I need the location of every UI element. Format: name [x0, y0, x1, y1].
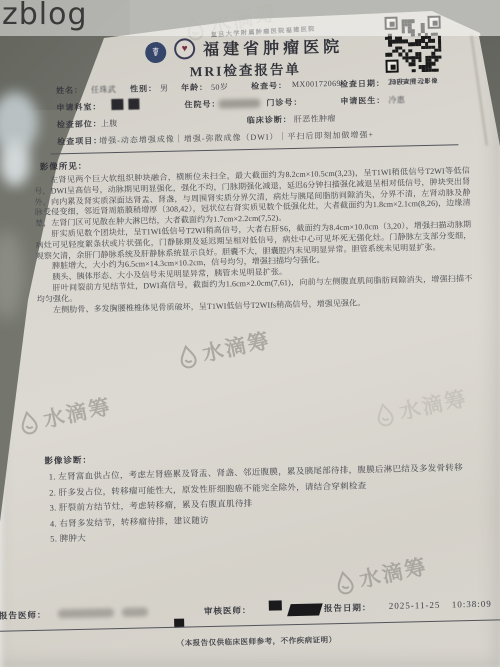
request-doctor: 冷惠	[388, 94, 405, 105]
report-date: 2025-11-25	[389, 600, 441, 611]
findings-paragraph: 左肾见两个巨大软组织肿块融合，横断位未扫全，最大截面约为8.2cm×10.5cm…	[34, 166, 471, 230]
gender-label: 性别：	[130, 83, 157, 95]
exam-no-label: 检查号：	[251, 80, 287, 92]
photographed-mri-report: ☤ ♥ 复旦大学附属肿瘤医院福建医院 福建省肿瘤医院 MRI检查报告单 扫码查看…	[0, 0, 500, 667]
exam-part-label: 检查部位：	[57, 118, 102, 130]
hospital-name: 福建省肿瘤医院	[203, 34, 344, 60]
exam-part: 上腹	[101, 118, 118, 129]
exam-items-label: 检查项目：	[57, 135, 102, 147]
age-label: 年龄：	[181, 82, 208, 94]
request-doctor-label: 申请医生：	[340, 95, 385, 107]
patient-age: 50岁	[211, 81, 228, 92]
disclaimer-note: （本报告仅供临床医师参考，不作疾病证明）	[122, 633, 392, 650]
redacted-dept-block	[128, 98, 139, 109]
redacted-review-doctor	[269, 600, 282, 610]
redacted-inpatient-no	[218, 99, 260, 109]
site-watermark: zblog	[2, 0, 88, 32]
water-drop-icon	[174, 342, 202, 370]
clinical-diagnosis-label: 临床诊断：	[247, 114, 292, 126]
qr-finder-icon	[385, 60, 398, 73]
clinical-diagnosis: 肝恶性肿瘤	[294, 113, 336, 125]
exam-date-label: 检查日期：	[340, 78, 385, 90]
report-doctor-label: 报告医师：	[0, 609, 47, 622]
patient-gender: 男	[160, 83, 169, 94]
water-drop-icon	[371, 400, 399, 428]
name-label: 姓名：	[56, 85, 83, 97]
patient-name: 任珠武	[91, 84, 116, 96]
exam-items: 增强-动态增强成像｜增强-弥散成像（DWI）｜平扫后即刻加做增强+	[99, 129, 374, 146]
request-dept-label: 申请科室：	[56, 101, 101, 113]
hospital-seal-icon: ☤	[145, 42, 166, 63]
water-drop-icon	[331, 568, 359, 596]
water-drop-icon	[15, 408, 43, 436]
footer-divider	[0, 618, 500, 632]
exam-date: 2025-11-24	[388, 77, 429, 87]
report-time: 10:38:09	[452, 599, 492, 610]
findings-section: 影像所见： 左肾见两个巨大软组织肿块融合，横断位未扫全，最大截面约为8.2cm×…	[34, 151, 473, 316]
review-doctor-label: 审核医师：	[204, 604, 252, 617]
redacted-review-doctor	[287, 603, 323, 616]
redacted-report-doctor	[122, 607, 148, 617]
exam-no: MX00172069	[292, 79, 341, 89]
report-title: MRI检查报告单	[189, 58, 301, 81]
report-date-label: 报告日期：	[324, 601, 372, 614]
inpatient-no-label: 住院号：	[184, 99, 220, 111]
redacted-dept-block	[111, 99, 123, 110]
diagnosis-section: 影像诊断： 1. 左肾富血供占位，考虑左肾癌累及肾盂、肾盏、邻近腹膜，累及胰尾部…	[38, 445, 482, 548]
outpatient-no-label: 门诊号：	[266, 97, 302, 109]
redacted-report-doctor	[58, 608, 114, 618]
